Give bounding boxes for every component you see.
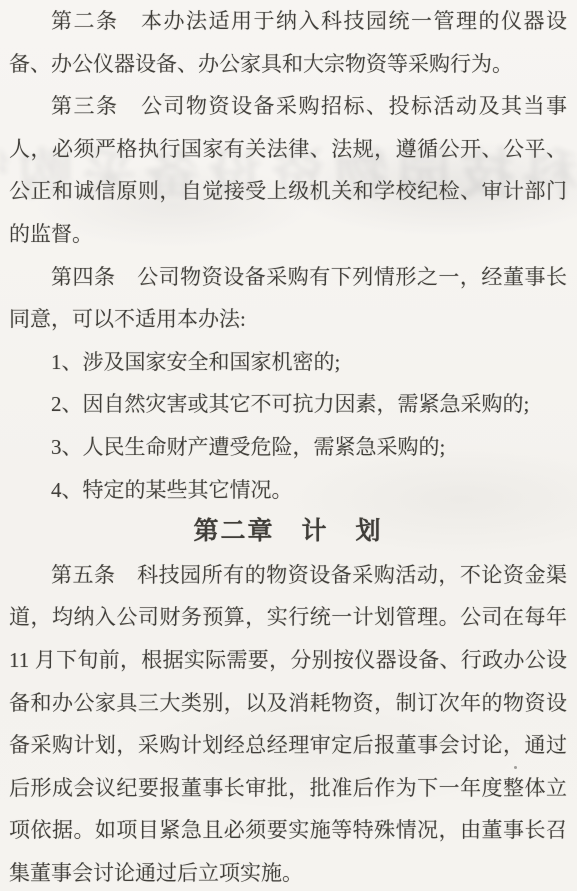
article-5-line-2: 道，均纳入公司财务预算，实行统一计划管理。公司在每年 (9, 596, 567, 639)
scanned-document-page: 科技园物资设备采购管理办法 第二条 本办法适用于纳入科技园统一管理的仪器设 备、… (0, 0, 577, 891)
article-4-line-2: 同意，可以不适用本办法: (9, 298, 567, 341)
article-4-line-1: 第四条 公司物资设备采购有下列情形之一，经董事长 (9, 256, 567, 299)
scan-speck (421, 610, 424, 613)
list-item-2: 2、因自然灾害或其它不可抗力因素，需紧急采购的; (9, 383, 567, 426)
list-item-1: 1、涉及国家安全和国家机密的; (9, 341, 567, 384)
article-3-line-2: 人，必须严格执行国家有关法律、法规，遵循公开、公平、 (9, 128, 567, 171)
list-item-4: 4、特定的某些其它情况。 (9, 469, 567, 512)
document-text: 第二条 本办法适用于纳入科技园统一管理的仪器设 备、办公仪器设备、办公家具和大宗… (0, 0, 577, 891)
article-2-line-1: 第二条 本办法适用于纳入科技园统一管理的仪器设 (9, 0, 567, 43)
article-5-line-5: 备采购计划，采购计划经总经理审定后报董事会讨论，通过 (9, 724, 567, 767)
list-item-3: 3、人民生命财产遭受危险，需紧急采购的; (9, 426, 567, 469)
scan-speck (528, 832, 530, 834)
article-3-line-3: 公正和诚信原则，自觉接受上级机关和学校纪检、审计部门 (9, 170, 567, 213)
chapter-2-heading: 第二章 计 划 (9, 511, 567, 554)
article-3-line-1: 第三条 公司物资设备采购招标、投标活动及其当事 (9, 85, 567, 128)
article-3-line-4: 的监督。 (9, 213, 567, 256)
article-5-line-4: 备和办公家具三大类别，以及消耗物资，制订次年的物资设 (9, 682, 567, 725)
article-2-line-2: 备、办公仪器设备、办公家具和大宗物资等采购行为。 (9, 43, 567, 86)
article-5-line-7: 项依据。如项目紧急且必须要实施等特殊情况，由董事长召 (9, 809, 567, 852)
article-5-line-6: 后形成会议纪要报董事长审批，批准后作为下一年度整体立 (9, 767, 567, 810)
scan-speck (514, 766, 517, 769)
article-5-line-3: 11 月下旬前，根据实际需要，分别按仪器设备、行政办公设 (9, 639, 567, 682)
article-5-line-8: 集董事会讨论通过后立项实施。 (9, 852, 567, 891)
article-5-line-1: 第五条 科技园所有的物资设备采购活动，不论资金渠 (9, 554, 567, 597)
